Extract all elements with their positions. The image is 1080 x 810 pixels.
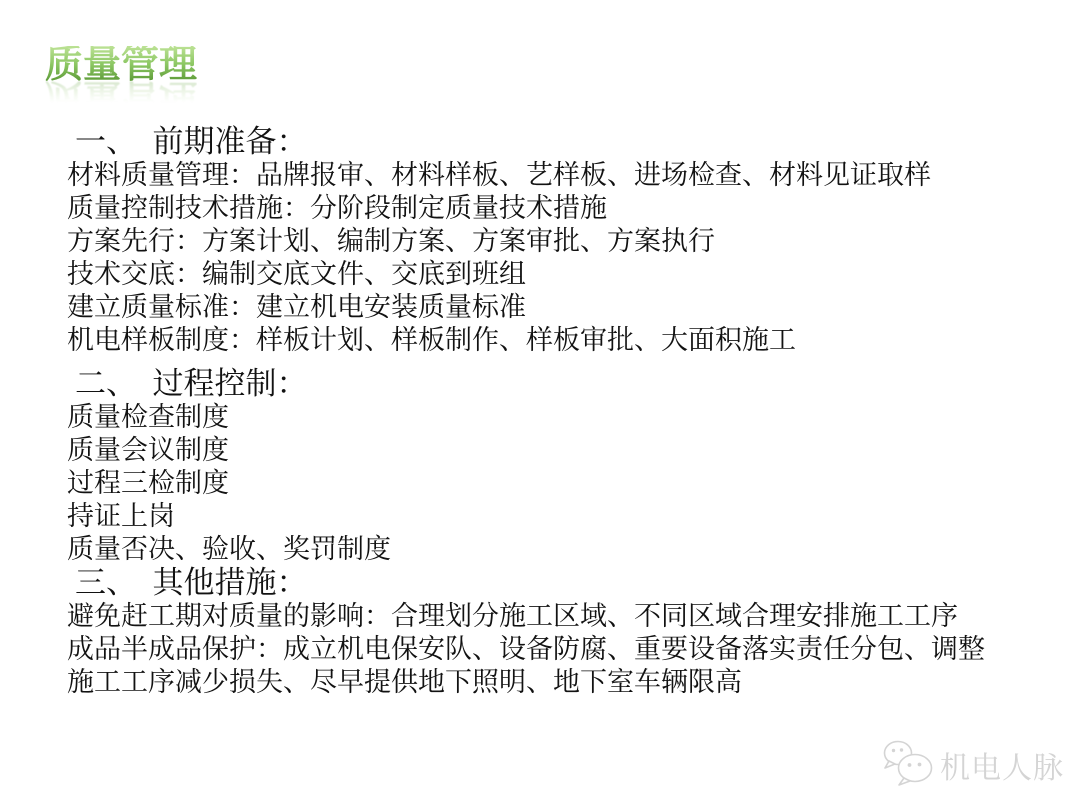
- watermark: 机电人脉: [882, 740, 1064, 790]
- content-line: 过程三检制度: [67, 467, 1047, 500]
- content-line: 质量会议制度: [67, 434, 1047, 467]
- content-line: 建立质量标准：建立机电安装质量标准: [67, 291, 1047, 324]
- section-heading: 二、 过程控制：: [67, 367, 1047, 401]
- content-line: 材料质量管理：品牌报审、材料样板、艺样板、进场检查、材料见证取样: [67, 159, 1047, 192]
- content-line: 持证上岗: [67, 500, 1047, 533]
- section-preparation: 一、 前期准备： 材料质量管理：品牌报审、材料样板、艺样板、进场检查、材料见证取…: [67, 125, 1047, 357]
- content-line: 质量检查制度: [67, 401, 1047, 434]
- content-line: 施工工序减少损失、尽早提供地下照明、地下室车辆限高: [67, 666, 1047, 699]
- content-line: 机电样板制度：样板计划、样板制作、样板审批、大面积施工: [67, 324, 1047, 357]
- watermark-text: 机电人脉: [940, 743, 1064, 787]
- wechat-icon: [882, 740, 934, 790]
- slide-title: 质量管理 质量管理: [45, 46, 197, 116]
- section-other-measures: 三、 其他措施： 避免赶工期对质量的影响：合理划分施工区域、不同区域合理安排施工…: [67, 566, 1047, 699]
- section-process-control: 二、 过程控制： 质量检查制度 质量会议制度 过程三检制度 持证上岗 质量否决、…: [67, 367, 1047, 566]
- content-line: 方案先行：方案计划、编制方案、方案审批、方案执行: [67, 225, 1047, 258]
- content-line: 技术交底：编制交底文件、交底到班组: [67, 258, 1047, 291]
- slide-body: 一、 前期准备： 材料质量管理：品牌报审、材料样板、艺样板、进场检查、材料见证取…: [67, 125, 1047, 699]
- section-heading: 一、 前期准备：: [67, 125, 1047, 159]
- section-heading: 三、 其他措施：: [67, 566, 1047, 600]
- content-line: 质量控制技术措施：分阶段制定质量技术措施: [67, 192, 1047, 225]
- content-line: 成品半成品保护：成立机电保安队、设备防腐、重要设备落实责任分包、调整: [67, 633, 1047, 666]
- content-line: 避免赶工期对质量的影响：合理划分施工区域、不同区域合理安排施工工序: [67, 600, 1047, 633]
- content-line: 质量否决、验收、奖罚制度: [67, 533, 1047, 566]
- slide-title-text: 质量管理: [45, 46, 197, 84]
